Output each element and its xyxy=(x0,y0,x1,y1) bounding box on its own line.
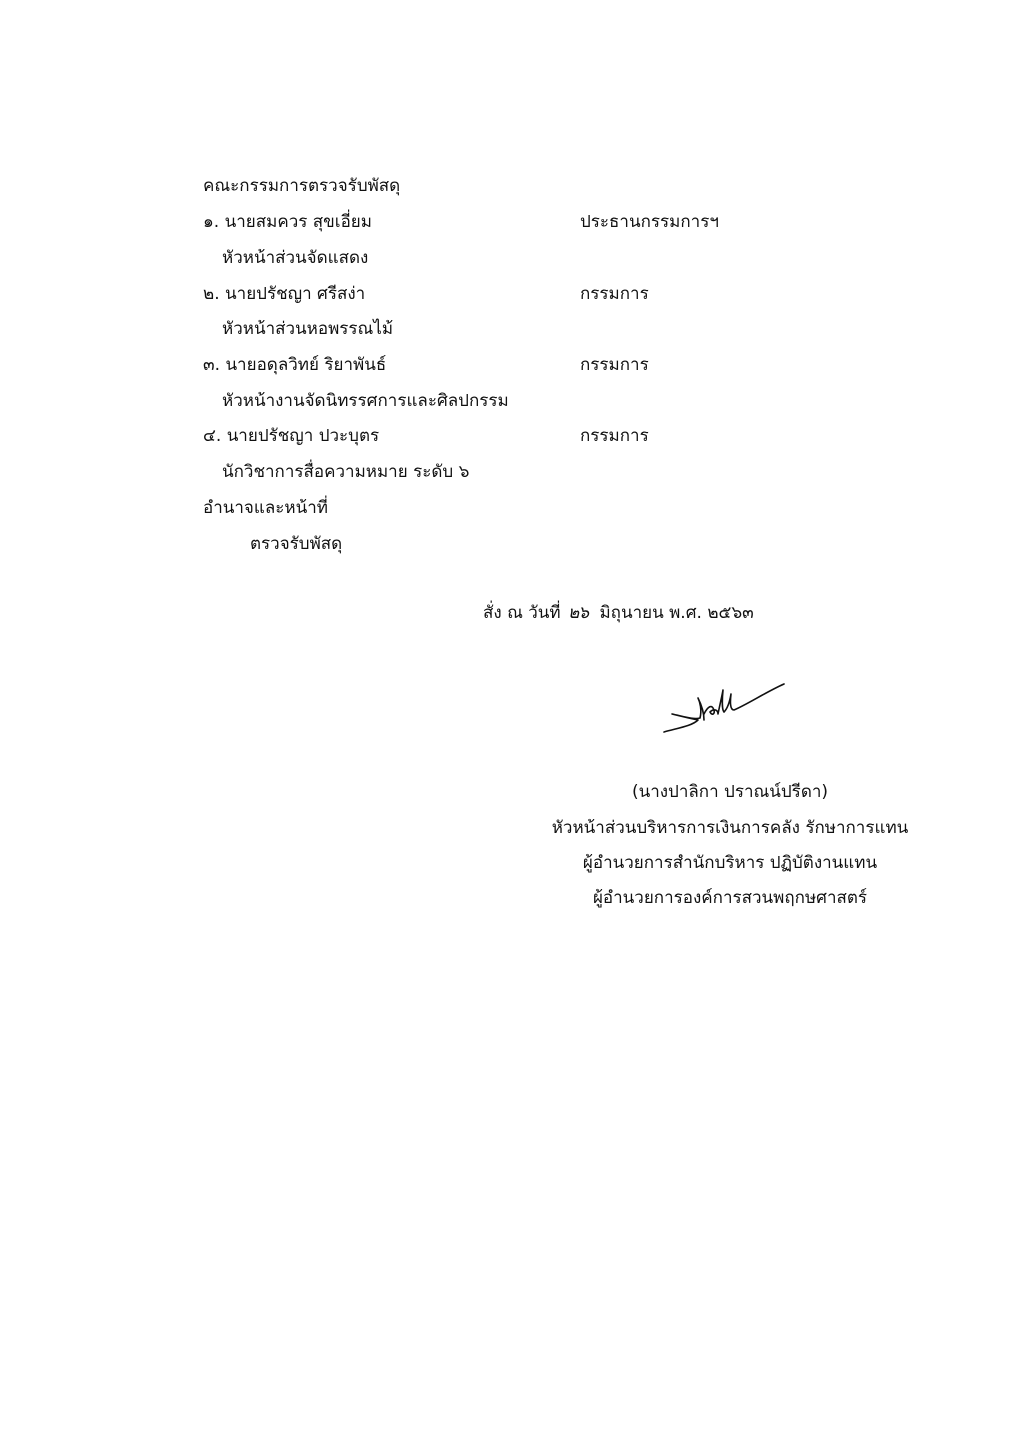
member-4-name: ๔. นายปรัชญา ปวะบุตร xyxy=(203,424,379,448)
signatory-title-1: หัวหน้าส่วนบริหารการเงินการคลัง รักษาการ… xyxy=(540,816,920,840)
date-prefix: สั่ง ณ วันที่ xyxy=(483,603,561,623)
date-month-year: มิถุนายน พ.ศ. ๒๕๖๓ xyxy=(599,603,753,623)
member-name: นายปรัชญา ปวะบุตร xyxy=(227,426,379,446)
member-1-name: ๑. นายสมควร สุขเอี่ยม xyxy=(203,210,372,234)
member-3-position: หัวหน้างานจัดนิทรรศการและศิลปกรรม xyxy=(222,389,509,413)
member-1-role: ประธานกรรมการฯ xyxy=(580,210,719,234)
member-number: ๔. xyxy=(203,426,221,446)
order-date: สั่ง ณ วันที่ ๒๖ มิถุนายน พ.ศ. ๒๕๖๓ xyxy=(483,601,754,625)
member-4-role: กรรมการ xyxy=(580,424,649,448)
member-4-position: นักวิชาการสื่อความหมาย ระดับ ๖ xyxy=(222,460,469,484)
member-name: นายสมควร สุขเอี่ยม xyxy=(225,212,372,232)
duties-text: ตรวจรับพัสดุ xyxy=(250,532,342,556)
member-name: นายปรัชญา ศรีสง่า xyxy=(225,284,365,304)
date-day-handwritten: ๒๖ xyxy=(568,603,588,623)
member-name: นายอดุลวิทย์ ริยาพันธ์ xyxy=(225,355,386,375)
member-1-position: หัวหน้าส่วนจัดแสดง xyxy=(222,246,368,270)
signatory-title-2: ผู้อำนวยการสำนักบริหาร ปฏิบัติงานแทน xyxy=(540,851,920,875)
member-2-role: กรรมการ xyxy=(580,282,649,306)
member-2-position: หัวหน้าส่วนหอพรรณไม้ xyxy=(222,317,393,341)
signatory-name: (นางปาลิกา ปราณน์ปรีดา) xyxy=(540,780,920,804)
member-3-name: ๓. นายอดุลวิทย์ ริยาพันธ์ xyxy=(203,353,386,377)
duties-heading: อำนาจและหน้าที่ xyxy=(203,496,328,520)
committee-title: คณะกรรมการตรวจรับพัสดุ xyxy=(203,174,400,198)
member-number: ๓. xyxy=(203,355,220,375)
document-page: คณะกรรมการตรวจรับพัสดุ ๑. นายสมควร สุขเอ… xyxy=(0,0,1014,1435)
member-2-name: ๒. นายปรัชญา ศรีสง่า xyxy=(203,282,365,306)
member-3-role: กรรมการ xyxy=(580,353,649,377)
member-number: ๒. xyxy=(203,284,220,304)
member-number: ๑. xyxy=(203,212,219,232)
signature-icon xyxy=(658,670,788,745)
signatory-title-3: ผู้อำนวยการองค์การสวนพฤกษศาสตร์ xyxy=(540,886,920,910)
